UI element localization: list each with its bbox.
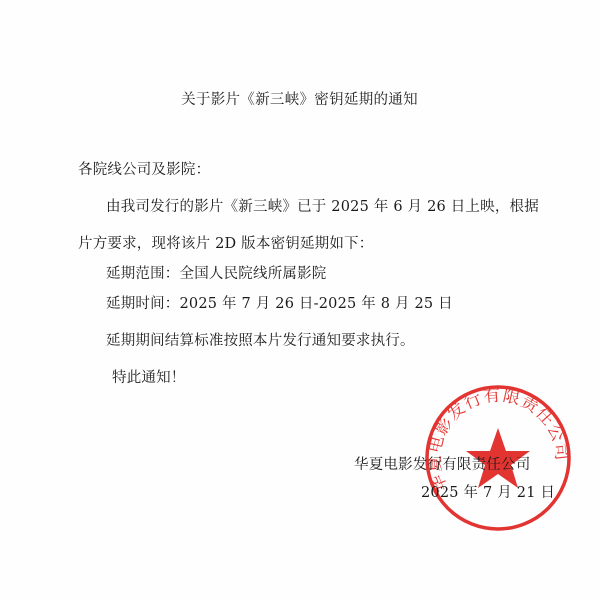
body-paragraph-line-1: 由我司发行的影片《新三峡》已于 2025 年 6 月 26 日上映，根据: [106, 195, 539, 216]
salutation: 各院线公司及影院：: [78, 158, 210, 179]
body-paragraph-line-2: 片方要求，现将该片 2D 版本密钥延期如下：: [78, 232, 373, 253]
svg-text:华夏电影发行有限责任公司: 华夏电影发行有限责任公司: [425, 386, 572, 495]
seal-text: 华夏电影发行有限责任公司: [425, 386, 572, 495]
settlement-note: 延期期间结算标准按照本片发行通知要求执行。: [106, 329, 415, 350]
closing-remark: 特此通知！: [112, 366, 186, 387]
signer-company: 华夏电影发行有限责任公司: [354, 453, 530, 474]
notice-title: 关于影片《新三峡》密钥延期的通知: [0, 88, 599, 109]
issue-date: 2025 年 7 月 21 日: [421, 481, 555, 502]
extension-period: 延期时间：2025 年 7 月 26 日-2025 年 8 月 25 日: [106, 292, 453, 313]
document-page: 关于影片《新三峡》密钥延期的通知 各院线公司及影院： 由我司发行的影片《新三峡》…: [0, 0, 599, 601]
extension-scope: 延期范围：全国人民院线所属影院: [106, 262, 327, 283]
